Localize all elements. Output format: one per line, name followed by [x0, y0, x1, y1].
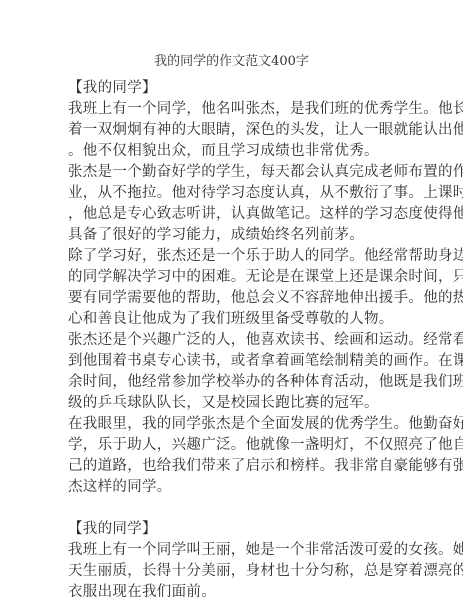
paragraph-spacer — [68, 498, 398, 519]
text-line: 具备了很好的学习能力，成绩始终名列前茅。 — [68, 225, 398, 246]
text-line: ，他总是专心致志听讲，认真做笔记。这样的学习态度使得他 — [68, 204, 398, 225]
document-title: 我的同学的作文范文400字 — [0, 52, 463, 72]
text-line: 己的道路，也给我们带来了启示和榜样。我非常自豪能够有张 — [68, 456, 398, 477]
text-line: 级的乒乓球队队长，又是校园长跑比赛的冠军。 — [68, 393, 398, 414]
text-line: 心和善良让他成为了我们班级里备受尊敬的人物。 — [68, 309, 398, 330]
text-line: 学，乐于助人，兴趣广泛。他就像一盏明灯，不仅照亮了他自 — [68, 435, 398, 456]
text-line: 余时间，他经常参加学校举办的各种体育活动，他既是我们班 — [68, 372, 398, 393]
text-line: 业，从不拖拉。他对待学习态度认真，从不敷衍了事。上课时 — [68, 183, 398, 204]
text-line: 张杰是一个勤奋好学的学生，每天都会认真完成老师布置的作 — [68, 162, 398, 183]
text-line: 张杰还是个兴趣广泛的人，他喜欢读书、绘画和运动。经常看 — [68, 330, 398, 351]
text-line: 我班上有一个同学叫王丽，她是一个非常活泼可爱的女孩。她 — [68, 540, 398, 561]
text-line: 杰这样的同学。 — [68, 477, 398, 498]
section-heading: 【我的同学】 — [68, 519, 398, 540]
section-heading: 【我的同学】 — [68, 78, 398, 99]
text-line: 天生丽质，长得十分美丽，身材也十分匀称，总是穿着漂亮的 — [68, 561, 398, 582]
text-line: 到他围着书桌专心读书，或者拿着画笔绘制精美的画作。在课 — [68, 351, 398, 372]
text-line: 的同学解决学习中的困难。无论是在课堂上还是课余时间，只 — [68, 267, 398, 288]
text-line: 要有同学需要他的帮助，他总会义不容辞地伸出援手。他的热 — [68, 288, 398, 309]
document-body: 【我的同学】 我班上有一个同学，他名叫张杰，是我们班的优秀学生。他长 着一双炯炯… — [68, 78, 398, 600]
text-line: 除了学习好，张杰还是一个乐于助人的同学。他经常帮助身边 — [68, 246, 398, 267]
text-line: 在我眼里，我的同学张杰是个全面发展的优秀学生。他勤奋好 — [68, 414, 398, 435]
text-line: 。他不仅相貌出众，而且学习成绩也非常优秀。 — [68, 141, 398, 162]
text-line: 我班上有一个同学，他名叫张杰，是我们班的优秀学生。他长 — [68, 99, 398, 120]
text-line: 着一双炯炯有神的大眼睛，深色的头发，让人一眼就能认出他 — [68, 120, 398, 141]
text-line: 衣服出现在我们面前。 — [68, 582, 398, 600]
